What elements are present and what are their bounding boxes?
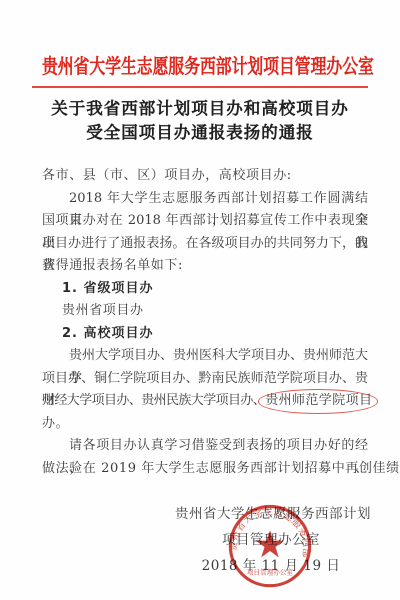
document-body: 各市、县（市、区）项目办，高校项目办: 2018 年大学生志愿服务西部计划招募工… <box>0 165 368 480</box>
section1-item: 贵州省项目办 <box>42 300 368 323</box>
circled-text: 贵州师范学院项目 <box>265 390 372 413</box>
document-page: 贵州省大学生志愿服务西部计划项目管理办公室 关于我省西部计划项目办和高校项目办 … <box>0 0 400 600</box>
section2-line2: 项目办、铜仁学院项目办、黔南民族师范学院项目办、贵州 <box>42 368 368 391</box>
letterhead-org-name: 贵州省大学生志愿服务西部计划项目管理办公室 <box>42 50 358 79</box>
letterhead-divider <box>32 86 368 88</box>
section1-heading: 1. 省级项目办 <box>42 278 368 301</box>
para1-line2: 国项目办对在 2018 年西部计划招募宣传工作中表现突出的 <box>42 210 368 233</box>
section2-heading: 2. 高校项目办 <box>42 323 368 346</box>
title-line-1: 关于我省西部计划项目办和高校项目办 <box>0 97 400 121</box>
document-title: 关于我省西部计划项目办和高校项目办 受全国项目办通报表扬的通报 <box>0 97 400 145</box>
para1-line3: 项目办进行了通报表扬。在各级项目办的共同努力下，我省 <box>42 233 368 256</box>
seal-office-text: 项目管理办公室 <box>247 567 294 576</box>
circled-text-label: 贵州师范学院项目 <box>265 393 372 408</box>
section2-line3: 财经大学项目办、贵州民族大学项目办、贵州师范学院项目 <box>42 390 368 413</box>
salutation-line: 各市、县（市、区）项目办，高校项目办: <box>42 165 368 188</box>
para1-line1: 2018 年大学生志愿服务西部计划招募工作圆满结束，全 <box>42 188 368 211</box>
red-star-icon <box>256 530 285 557</box>
section2-line1: 贵州大学项目办、贵州医科大学项目办、贵州师范大学 <box>42 345 368 368</box>
para1-line4: 获得通报表扬名单如下: <box>42 255 368 278</box>
official-seal-stamp: 贵州省大学生志愿服务西部计划 项目管理办公室 <box>226 503 314 591</box>
section2-line4: 办。 <box>42 413 368 436</box>
para3-line2: 做法，在 2019 年大学生志愿服务西部计划招募中再创佳绩。 <box>42 458 368 481</box>
para3-line1: 请各项目办认真学习借鉴受到表扬的项目办好的经验、 <box>42 435 368 458</box>
section2-line3-text: 财经大学项目办、贵州民族大学项目办、 <box>42 393 265 408</box>
title-line-2: 受全国项目办通报表扬的通报 <box>0 121 400 145</box>
